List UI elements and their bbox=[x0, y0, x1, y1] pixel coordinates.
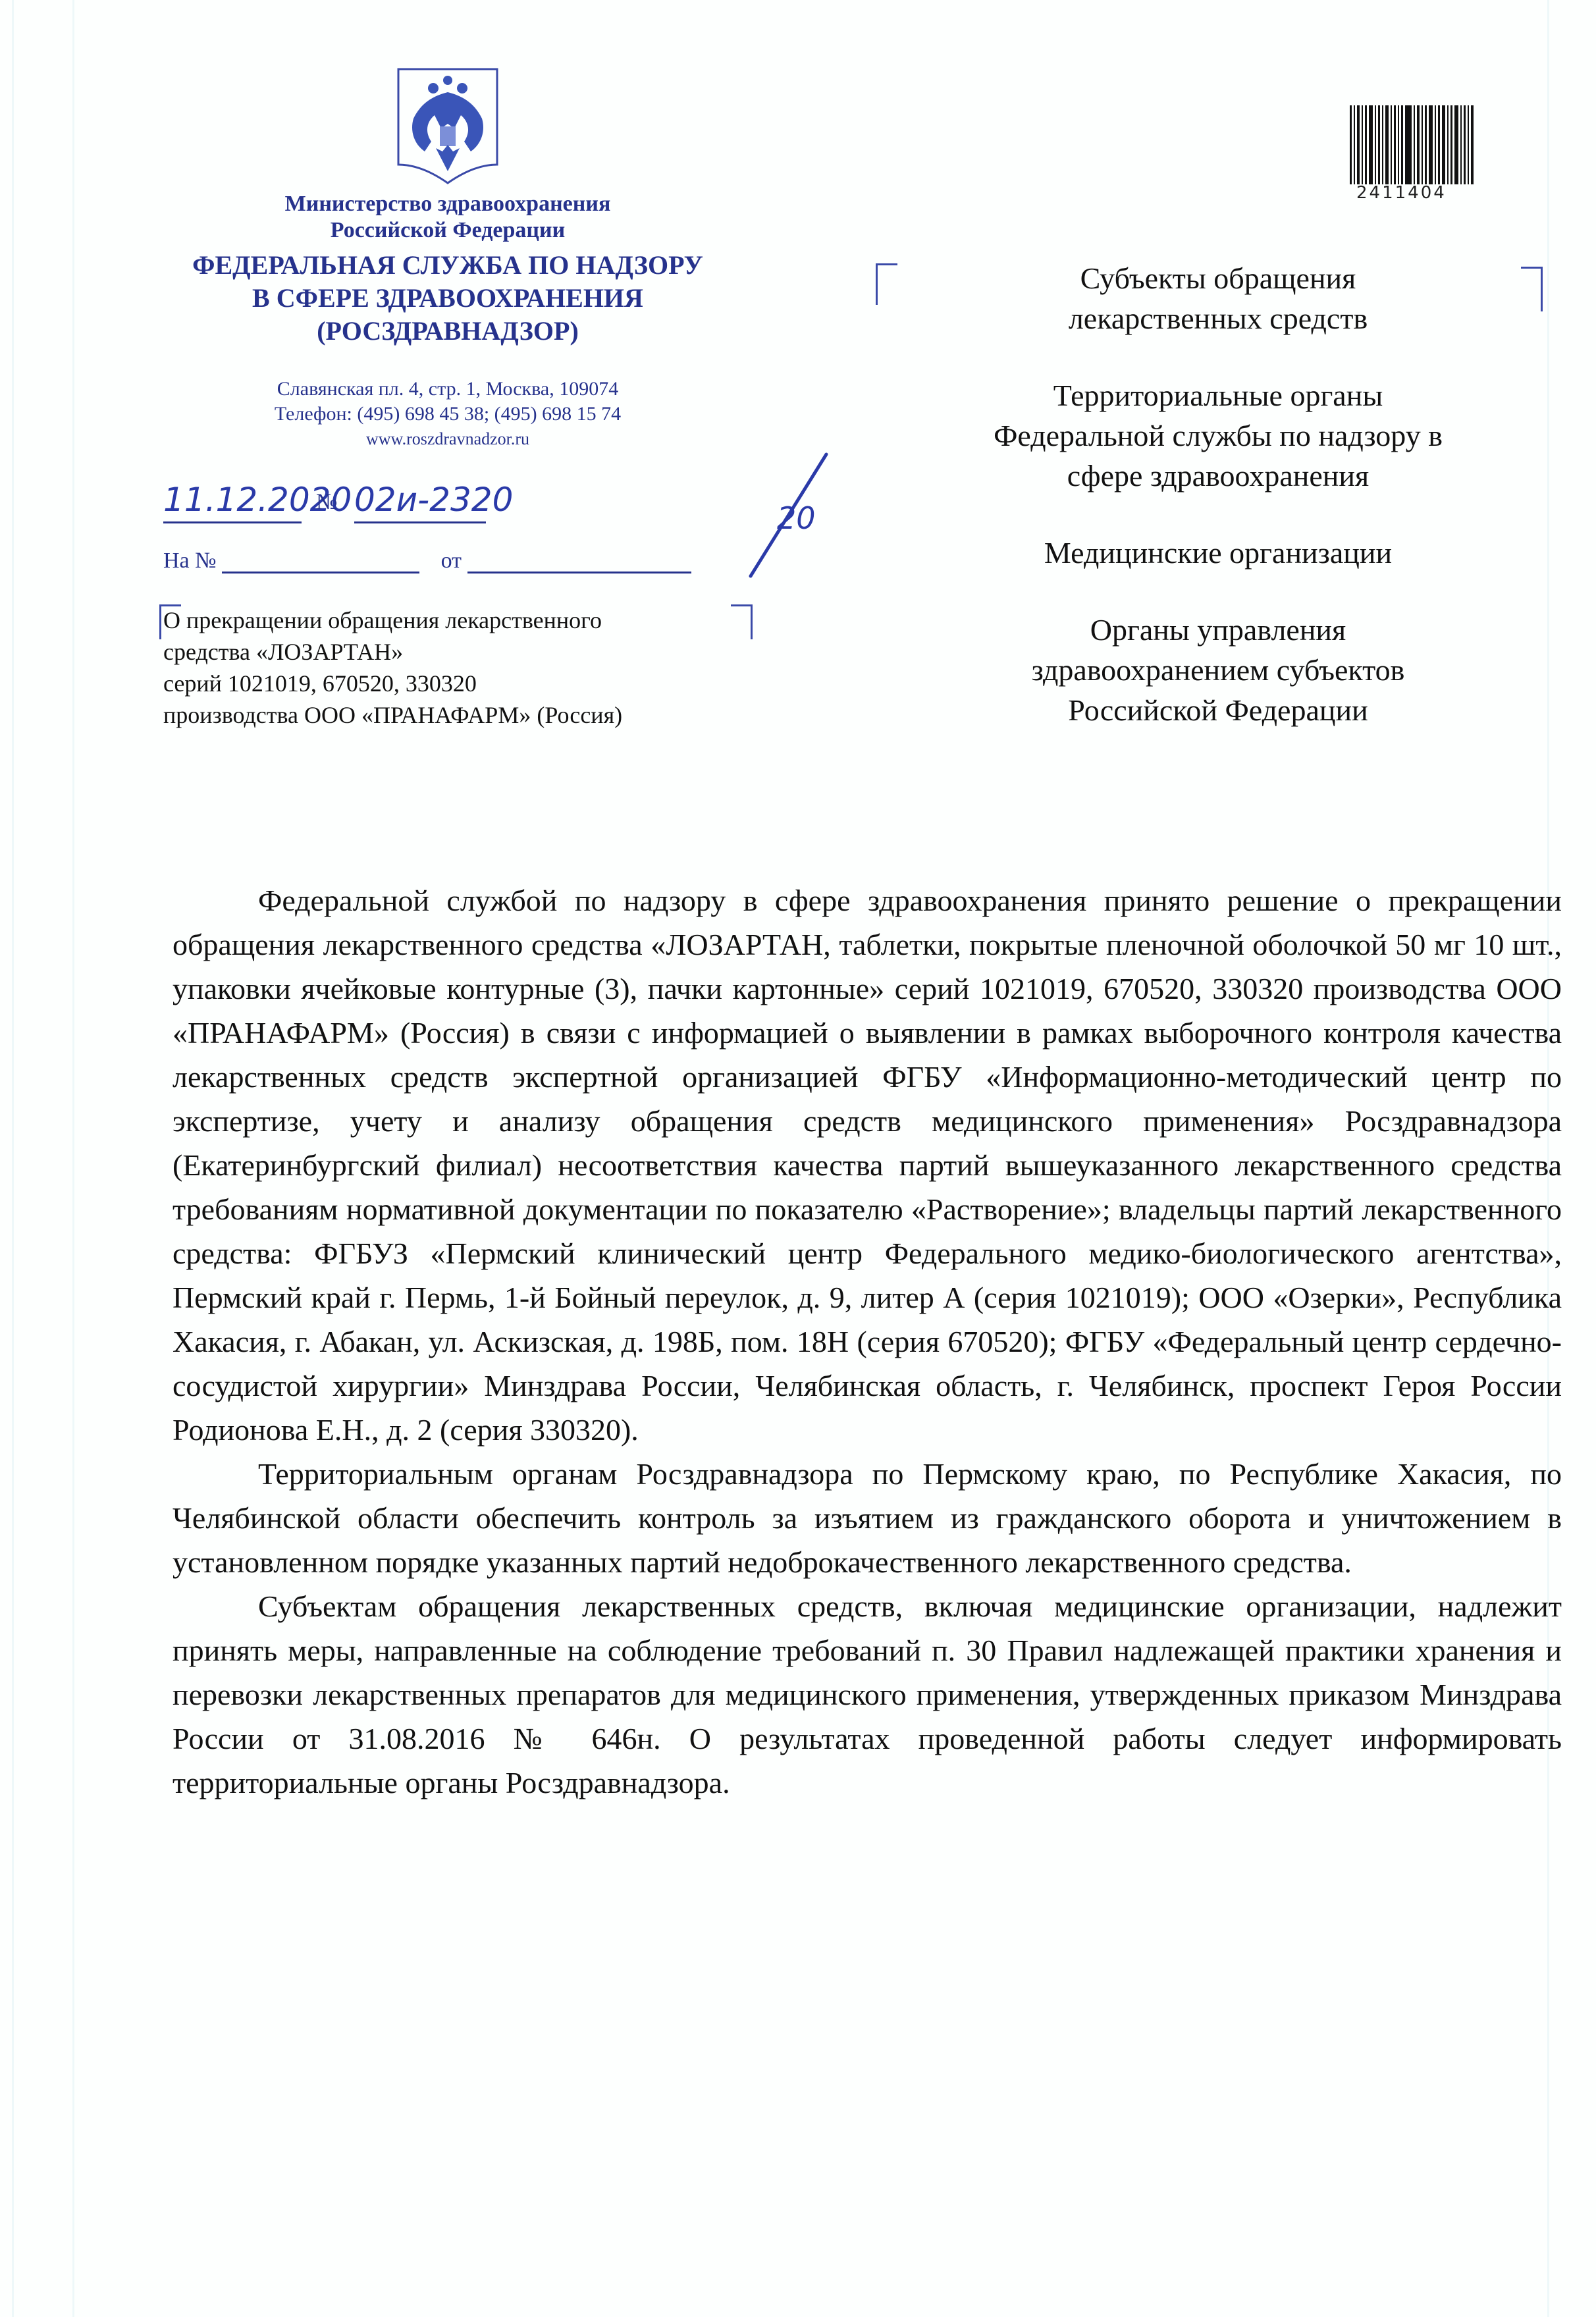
russian-coat-of-arms-icon bbox=[395, 66, 500, 184]
registration-number: 02и-2320 bbox=[354, 481, 486, 523]
scan-artifact-line bbox=[12, 0, 14, 2317]
addressee-list: Субъекты обращения лекарственных средств… bbox=[882, 258, 1554, 767]
letter-subject: О прекращении обращения лекарственного с… bbox=[163, 604, 756, 731]
addressee: Субъекты обращения лекарственных средств bbox=[882, 258, 1554, 338]
barcode-icon bbox=[1350, 105, 1475, 184]
addressee: Территориальные органы Федеральной служб… bbox=[882, 375, 1554, 496]
letter-body: Федеральной службой по надзору в сфере з… bbox=[173, 878, 1562, 1805]
barcode-number: 2411404 bbox=[1356, 183, 1447, 203]
reply-to-number-field bbox=[222, 546, 419, 573]
bracket-corner bbox=[159, 604, 181, 639]
agency-phone: Телефон: (495) 698 45 38; (495) 698 15 7… bbox=[151, 402, 744, 427]
body-paragraph: Территориальным органам Росздравнадзора … bbox=[173, 1452, 1562, 1584]
handwritten-slash-icon bbox=[685, 448, 843, 579]
addressee: Медицинские организации bbox=[882, 533, 1554, 573]
registration-date: 11.12.2020 bbox=[163, 481, 302, 523]
letterhead: Министерство здравоохранения Российской … bbox=[151, 66, 744, 452]
reply-to-date-field bbox=[467, 546, 691, 573]
agency-website: www.roszdravnadzor.ru bbox=[151, 427, 744, 452]
registration-line: 11.12.2020 № 02и-2320 bbox=[163, 481, 756, 527]
ministry-name: Министерство здравоохранения Российской … bbox=[151, 191, 744, 244]
number-sign: № bbox=[316, 490, 337, 515]
bracket-corner bbox=[731, 604, 753, 639]
addressee: Органы управления здравоохранением субъе… bbox=[882, 610, 1554, 730]
agency-address: Славянская пл. 4, стр. 1, Москва, 109074 bbox=[151, 377, 744, 402]
reply-to-line: На № от bbox=[163, 546, 691, 573]
body-paragraph: Федеральной службой по надзору в сфере з… bbox=[173, 878, 1562, 1452]
agency-name: ФЕДЕРАЛЬНАЯ СЛУЖБА ПО НАДЗОРУ В СФЕРЕ ЗД… bbox=[151, 249, 744, 348]
agency-contacts: Славянская пл. 4, стр. 1, Москва, 109074… bbox=[151, 377, 744, 452]
registration-number-suffix: 20 bbox=[685, 448, 843, 583]
scan-artifact-line bbox=[72, 0, 74, 2317]
body-paragraph: Субъектам обращения лекарственных средст… bbox=[173, 1584, 1562, 1805]
